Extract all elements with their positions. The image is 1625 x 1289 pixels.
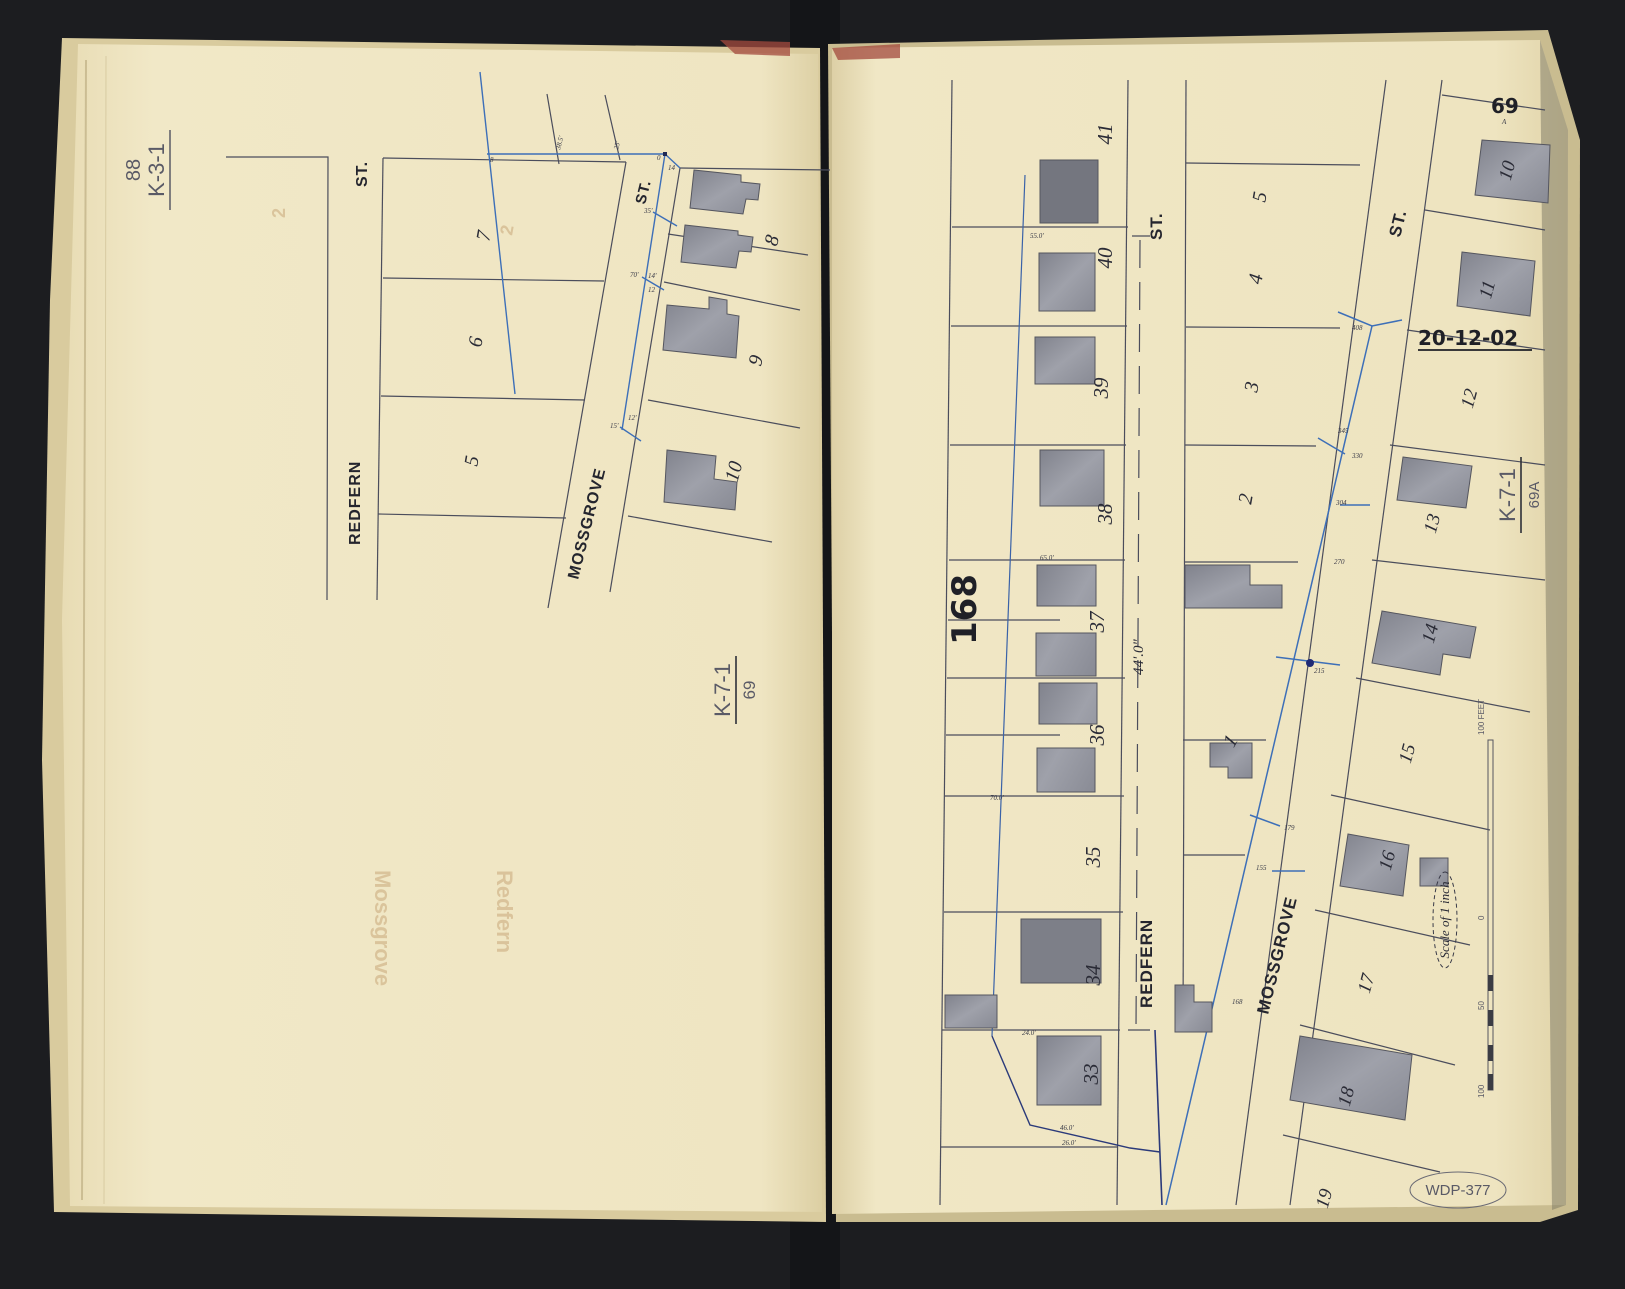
svg-text:ST.: ST. — [1147, 212, 1166, 240]
survey-monument-marker — [663, 152, 667, 156]
svg-text:69: 69 — [740, 681, 759, 700]
atlas-scan: 7 6 5 8 9 10 REDFERN ST. MOSSGROVE ST. 2… — [0, 0, 1625, 1289]
svg-text:14: 14 — [668, 164, 676, 172]
svg-text:55.0': 55.0' — [1030, 232, 1044, 240]
svg-text:ST.: ST. — [354, 161, 371, 187]
svg-text:408: 408 — [1352, 324, 1363, 332]
svg-text:15': 15' — [610, 422, 619, 430]
building-lot-40 — [1039, 253, 1095, 311]
svg-text:155: 155 — [1256, 864, 1267, 872]
svg-text:REDFERN: REDFERN — [347, 461, 364, 545]
svg-text:100: 100 — [1477, 1084, 1486, 1098]
svg-text:70': 70' — [630, 271, 639, 279]
survey-station-215 — [1306, 659, 1314, 667]
svg-text:REDFERN: REDFERN — [1137, 919, 1156, 1008]
svg-text:0: 0 — [1477, 915, 1486, 920]
svg-text:100 FEET: 100 FEET — [1477, 699, 1486, 735]
svg-text:304: 304 — [1335, 499, 1347, 507]
svg-text:345: 345 — [1337, 427, 1349, 435]
svg-text:A: A — [1501, 118, 1507, 126]
svg-text:8: 8 — [490, 156, 494, 164]
svg-text:WDP-377: WDP-377 — [1425, 1182, 1490, 1199]
svg-text:K-7-1: K-7-1 — [710, 663, 735, 717]
svg-text:330: 330 — [1351, 452, 1363, 460]
svg-text:12: 12 — [648, 286, 656, 294]
svg-text:215: 215 — [1314, 667, 1325, 675]
svg-text:36: 36 — [1085, 724, 1109, 747]
svg-text:Redfern: Redfern — [492, 870, 517, 953]
svg-text:70.0': 70.0' — [990, 794, 1004, 802]
date-stamp: 20-12-02 — [1418, 326, 1518, 350]
building-lot-16 — [1340, 834, 1409, 896]
svg-text:39: 39 — [1089, 377, 1113, 400]
svg-text:2: 2 — [269, 208, 289, 218]
building-lot-41 — [1040, 160, 1098, 223]
svg-text:168: 168 — [1232, 998, 1243, 1006]
svg-text:270: 270 — [1334, 558, 1345, 566]
svg-text:26.0': 26.0' — [1062, 1139, 1076, 1147]
svg-text:179: 179 — [1284, 824, 1295, 832]
svg-text:Scale of 1 inch: Scale of 1 inch — [1437, 882, 1452, 959]
svg-text:33: 33 — [1079, 1064, 1103, 1086]
page-number: 69 — [1491, 94, 1519, 118]
left-page — [42, 38, 826, 1222]
building-outbuilding-34 — [945, 995, 997, 1028]
svg-text:50: 50 — [1477, 1001, 1486, 1010]
svg-text:12': 12' — [628, 414, 637, 422]
svg-text:37: 37 — [1085, 610, 1109, 634]
block-number: 168 — [945, 574, 985, 645]
svg-text:44'.0": 44'.0" — [1131, 639, 1147, 675]
svg-text:14': 14' — [648, 272, 657, 280]
svg-text:K-7-1: K-7-1 — [1495, 468, 1520, 522]
svg-text:65.0': 65.0' — [1040, 554, 1054, 562]
svg-text:69A: 69A — [1526, 482, 1543, 509]
svg-text:Mossgrove: Mossgrove — [370, 870, 395, 986]
building-lot-38 — [1040, 450, 1104, 506]
svg-text:K-3-1: K-3-1 — [144, 143, 169, 197]
svg-text:0: 0 — [657, 154, 661, 162]
svg-text:35': 35' — [643, 207, 653, 215]
svg-text:35: 35 — [1081, 847, 1105, 869]
svg-text:40: 40 — [1093, 247, 1117, 269]
svg-text:38: 38 — [1093, 503, 1117, 526]
building-lot-39 — [1035, 337, 1095, 384]
svg-text:46.0': 46.0' — [1060, 1124, 1074, 1132]
svg-text:88: 88 — [123, 159, 145, 181]
building-lot-13 — [1397, 457, 1472, 508]
svg-text:24.0': 24.0' — [1022, 1029, 1036, 1037]
svg-text:41: 41 — [1093, 124, 1117, 145]
svg-text:34: 34 — [1081, 964, 1105, 987]
